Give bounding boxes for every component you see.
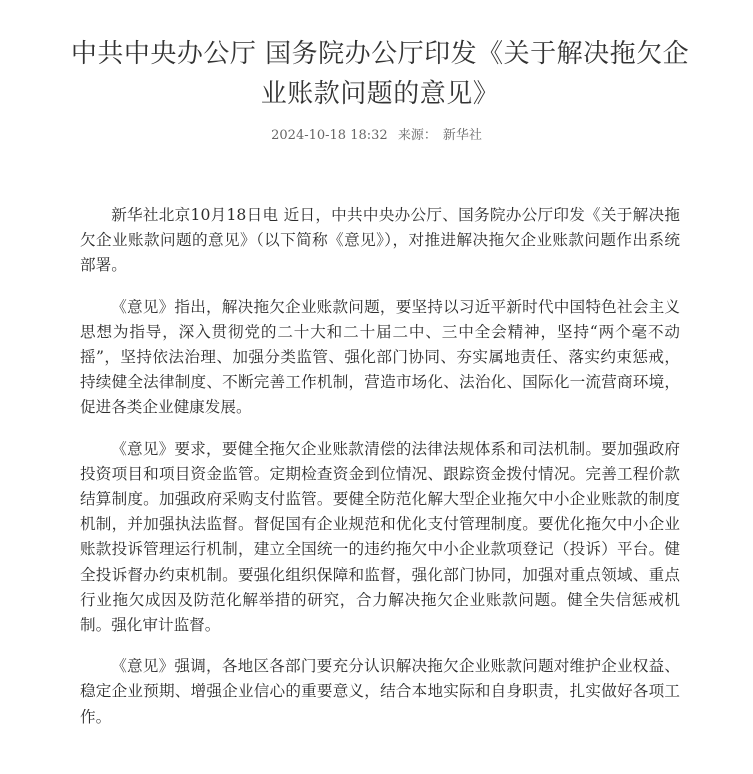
paragraph-requirements: 《意见》要求，要健全拖欠企业账款清偿的法律法规体系和司法机制。要加强政府投资项目… bbox=[80, 437, 680, 639]
paragraph-guidance: 《意见》指出，解决拖欠企业账款问题，要坚持以习近平新时代中国特色社会主义思想为指… bbox=[80, 295, 680, 421]
source-name: 新华社 bbox=[443, 128, 482, 143]
article-title: 中共中央办公厅 国务院办公厅印发《关于解决拖欠企业账款问题的意见》 bbox=[60, 34, 700, 114]
paragraph-emphasis: 《意见》强调，各地区各部门要充分认识解决拖欠企业账款问题对维护企业权益、稳定企业… bbox=[80, 654, 680, 730]
article-meta: 2024-10-18 18:32 来源：新华社 bbox=[0, 126, 753, 146]
source-label: 来源： bbox=[398, 128, 437, 143]
article-body: 新华社北京10月18日电 近日，中共中央办公厅、国务院办公厅印发《关于解决拖欠企… bbox=[80, 203, 680, 746]
publish-datetime: 2024-10-18 18:32 bbox=[271, 128, 388, 143]
paragraph-lead: 新华社北京10月18日电 近日，中共中央办公厅、国务院办公厅印发《关于解决拖欠企… bbox=[80, 203, 680, 279]
